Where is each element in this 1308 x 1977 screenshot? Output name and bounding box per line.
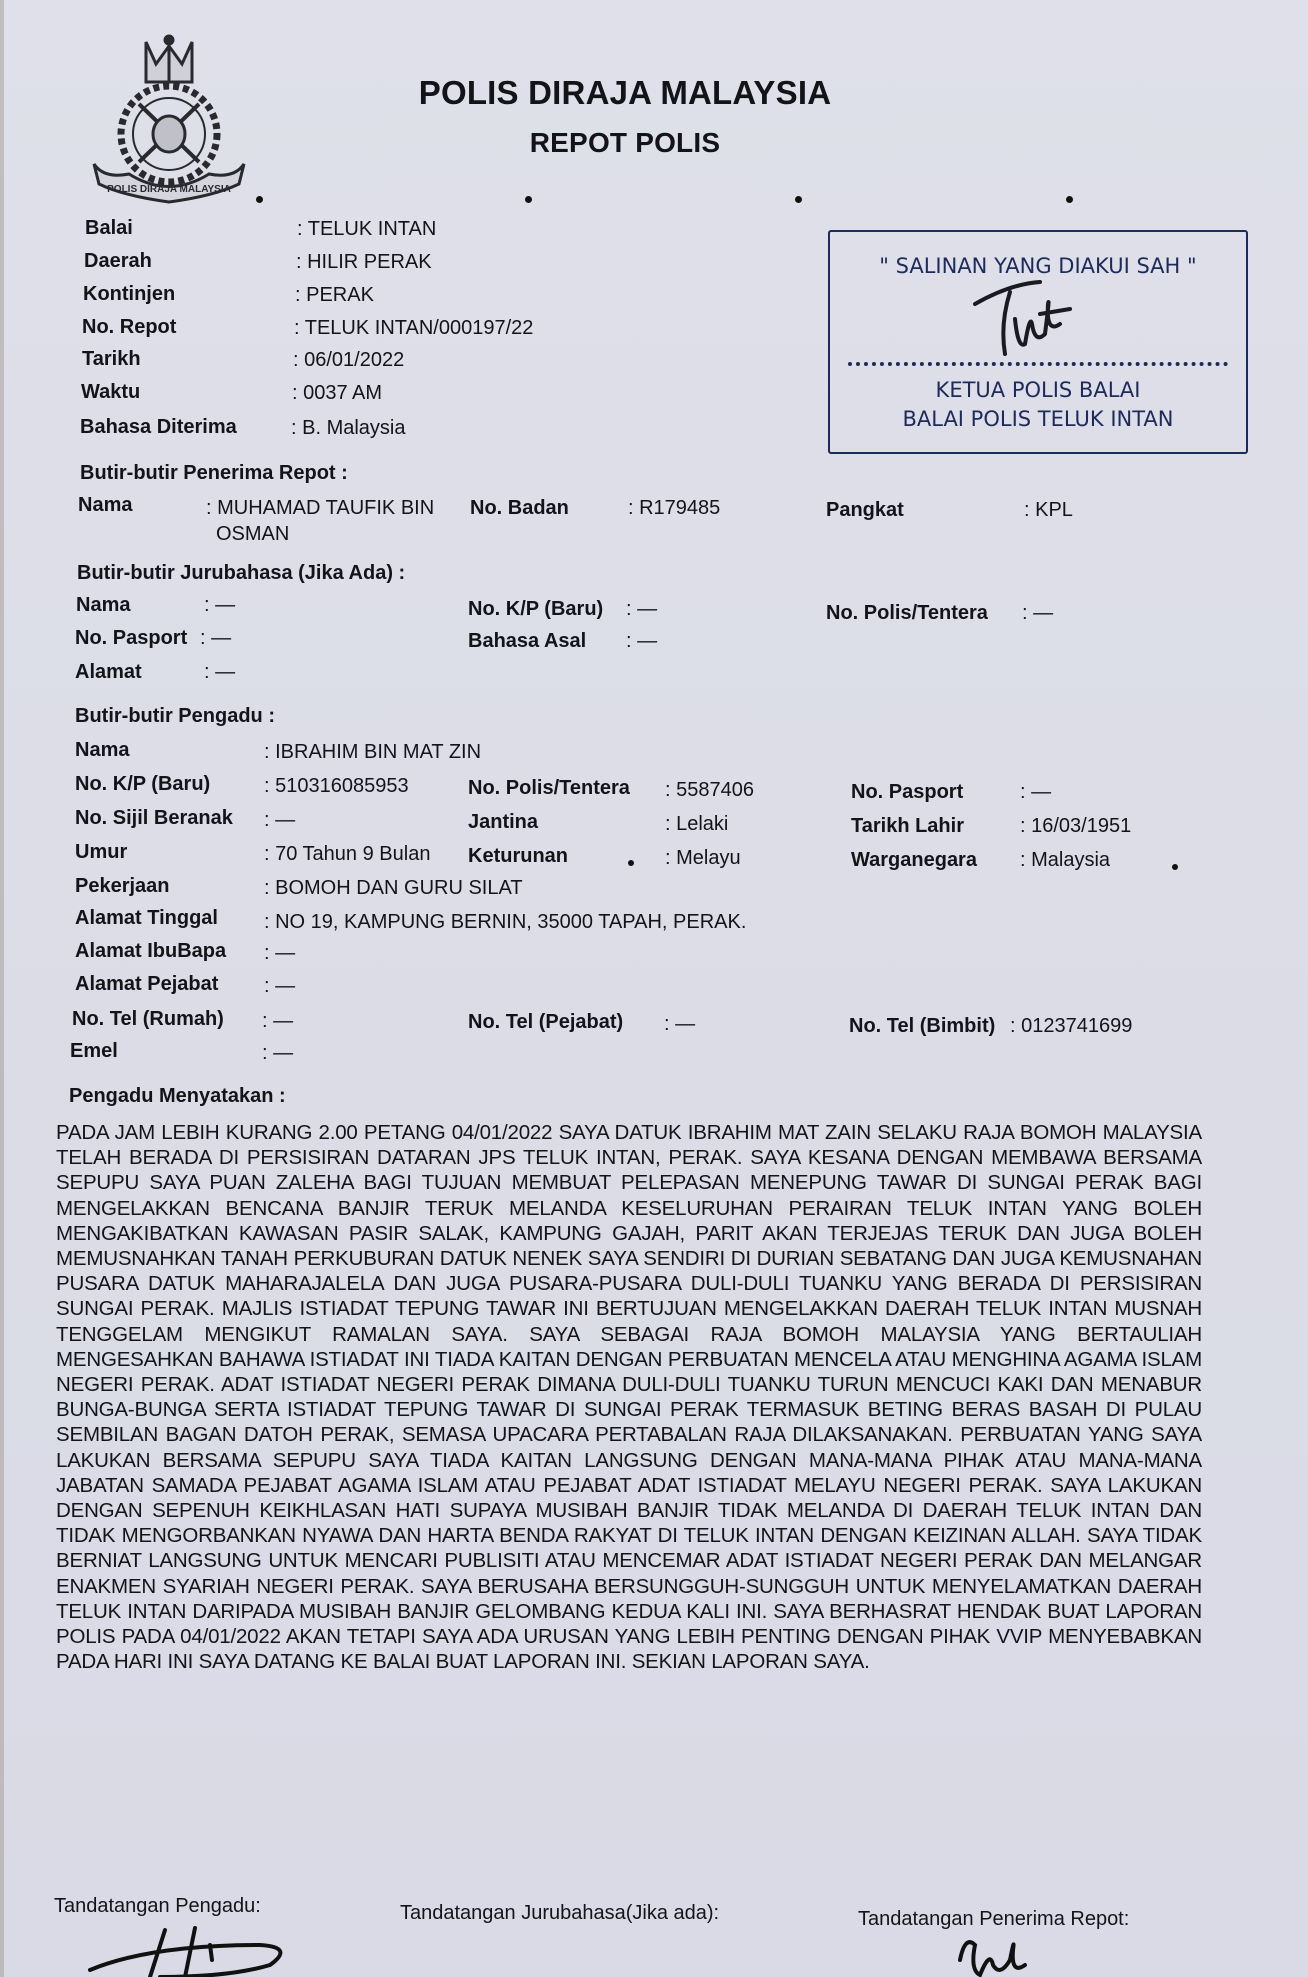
complainant-warga-value: : Malaysia	[1020, 849, 1110, 872]
complainant-telpejabat-value: : —	[664, 1013, 695, 1036]
punch-dot	[525, 196, 532, 203]
interpreter-name-value: : —	[204, 594, 235, 617]
complainant-kerja-label: Pekerjaan	[75, 875, 170, 898]
interpreter-polis-label: No. Polis/Tentera	[826, 602, 988, 625]
report-info-value: : PERAK	[295, 284, 374, 307]
pdrm-crest-icon: POLIS DIRAJA MALAYSIA	[84, 34, 254, 204]
document-title: REPOT POLIS	[0, 127, 1250, 159]
complainant-telrumah-value: : —	[262, 1010, 293, 1033]
stamp-line-1: KETUA POLIS BALAI	[830, 378, 1246, 402]
complainant-ibubapa-label: Alamat IbuBapa	[75, 940, 226, 963]
complainant-lahir-value: : 16/03/1951	[1020, 815, 1131, 838]
complainant-polis-value: : 5587406	[665, 779, 754, 802]
report-info-label: Daerah	[84, 250, 152, 273]
receiver-name-label: Nama	[78, 494, 132, 517]
report-info-value: : TELUK INTAN/000197/22	[294, 317, 533, 340]
complainant-section-title: Butir-butir Pengadu :	[75, 705, 275, 728]
complainant-name-label: Nama	[75, 739, 129, 762]
complainant-telbimbit-label: No. Tel (Bimbit)	[849, 1015, 995, 1038]
receiver-badan-label: No. Badan	[470, 497, 569, 520]
paper-edge	[0, 0, 4, 1977]
report-info-label: Tarikh	[82, 348, 141, 371]
interpreter-signature-label: Tandatangan Jurubahasa(Jika ada):	[400, 1902, 719, 1925]
complainant-emel-label: Emel	[70, 1040, 118, 1063]
report-info-label: No. Repot	[82, 316, 176, 339]
certified-copy-stamp: " SALINAN YANG DIAKUI SAH " KETUA POLIS …	[828, 230, 1248, 454]
report-info-value: : TELUK INTAN	[297, 218, 436, 241]
interpreter-pasport-label: No. Pasport	[75, 627, 187, 650]
complainant-keturunan-label: Keturunan	[468, 845, 568, 868]
interpreter-alamat-value: : —	[204, 661, 235, 684]
complainant-kp-value: : 510316085953	[264, 775, 409, 798]
receiver-name-value: : MUHAMAD TAUFIK BIN	[206, 497, 434, 520]
interpreter-section-title: Butir-butir Jurubahasa (Jika Ada) :	[77, 562, 405, 585]
interpreter-pasport-value: : —	[200, 627, 231, 650]
complainant-telrumah-label: No. Tel (Rumah)	[72, 1008, 224, 1031]
report-info-label: Kontinjen	[83, 283, 175, 306]
complainant-telpejabat-label: No. Tel (Pejabat)	[468, 1011, 623, 1034]
complainant-statement: PADA JAM LEBIH KURANG 2.00 PETANG 04/01/…	[56, 1120, 1202, 1674]
receiver-pangkat-label: Pangkat	[826, 499, 904, 522]
complainant-lahir-label: Tarikh Lahir	[851, 815, 964, 838]
complainant-pasport-label: No. Pasport	[851, 781, 963, 804]
signature-icon	[970, 274, 1090, 364]
complainant-kp-label: No. K/P (Baru)	[75, 773, 210, 796]
complainant-jantina-label: Jantina	[468, 811, 538, 834]
complainant-warga-label: Warganegara	[851, 849, 977, 872]
complainant-pejabat-value: : —	[264, 975, 295, 998]
complainant-ibubapa-value: : —	[264, 942, 295, 965]
complainant-pejabat-label: Alamat Pejabat	[75, 973, 218, 996]
punch-dot	[795, 196, 802, 203]
punch-dot	[1066, 196, 1073, 203]
report-info-value: : 0037 AM	[292, 382, 382, 405]
stamp-line-2: BALAI POLIS TELUK INTAN	[830, 407, 1246, 431]
complainant-sijil-label: No. Sijil Beranak	[75, 807, 233, 830]
complainant-signature-label: Tandatangan Pengadu:	[54, 1895, 261, 1918]
complainant-jantina-value: : Lelaki	[665, 813, 728, 836]
complainant-name-value: : IBRAHIM BIN MAT ZIN	[264, 741, 481, 764]
report-info-value: : B. Malaysia	[291, 417, 405, 440]
interpreter-alamat-label: Alamat	[75, 661, 142, 684]
signature-line	[848, 362, 1228, 366]
punch-dot	[256, 196, 263, 203]
interpreter-bahasa-value: : —	[626, 630, 657, 653]
receiver-signature-icon	[955, 1930, 1045, 1977]
complainant-polis-label: No. Polis/Tentera	[468, 777, 630, 800]
statement-title: Pengadu Menyatakan :	[69, 1085, 286, 1108]
complainant-tinggal-label: Alamat Tinggal	[75, 907, 218, 930]
interpreter-name-label: Nama	[76, 594, 130, 617]
interpreter-kp-label: No. K/P (Baru)	[468, 598, 603, 621]
interpreter-polis-value: : —	[1022, 602, 1053, 625]
report-info-value: : HILIR PERAK	[296, 251, 432, 274]
receiver-section-title: Butir-butir Penerima Repot :	[80, 462, 348, 485]
complainant-kerja-value: : BOMOH DAN GURU SILAT	[264, 877, 523, 900]
complainant-signature-icon	[80, 1925, 300, 1977]
police-report-page: POLIS DIRAJA MALAYSIA POLIS DIRAJA MALAY…	[0, 0, 1308, 1977]
report-info-value: : 06/01/2022	[293, 349, 404, 372]
interpreter-kp-value: : —	[626, 598, 657, 621]
punch-dot	[628, 860, 634, 866]
svg-text:POLIS DIRAJA MALAYSIA: POLIS DIRAJA MALAYSIA	[107, 184, 231, 195]
complainant-emel-value: : —	[262, 1042, 293, 1065]
complainant-keturunan-value: : Melayu	[665, 847, 741, 870]
complainant-pasport-value: : —	[1020, 781, 1051, 804]
report-info-label: Balai	[85, 217, 133, 240]
receiver-name-value-2: OSMAN	[216, 523, 289, 546]
punch-dot	[1172, 864, 1178, 870]
receiver-badan-value: : R179485	[628, 497, 720, 520]
receiver-signature-label: Tandatangan Penerima Repot:	[858, 1908, 1129, 1931]
complainant-sijil-value: : —	[264, 809, 295, 832]
receiver-pangkat-value: : KPL	[1024, 499, 1073, 522]
report-info-label: Bahasa Diterima	[80, 416, 237, 439]
interpreter-bahasa-label: Bahasa Asal	[468, 630, 586, 653]
complainant-tinggal-value: : NO 19, KAMPUNG BERNIN, 35000 TAPAH, PE…	[264, 911, 746, 934]
organization-title: POLIS DIRAJA MALAYSIA	[0, 74, 1250, 112]
complainant-telbimbit-value: : 0123741699	[1010, 1015, 1132, 1038]
complainant-umur-value: : 70 Tahun 9 Bulan	[264, 843, 430, 866]
report-info-label: Waktu	[81, 381, 140, 404]
complainant-umur-label: Umur	[75, 841, 127, 864]
